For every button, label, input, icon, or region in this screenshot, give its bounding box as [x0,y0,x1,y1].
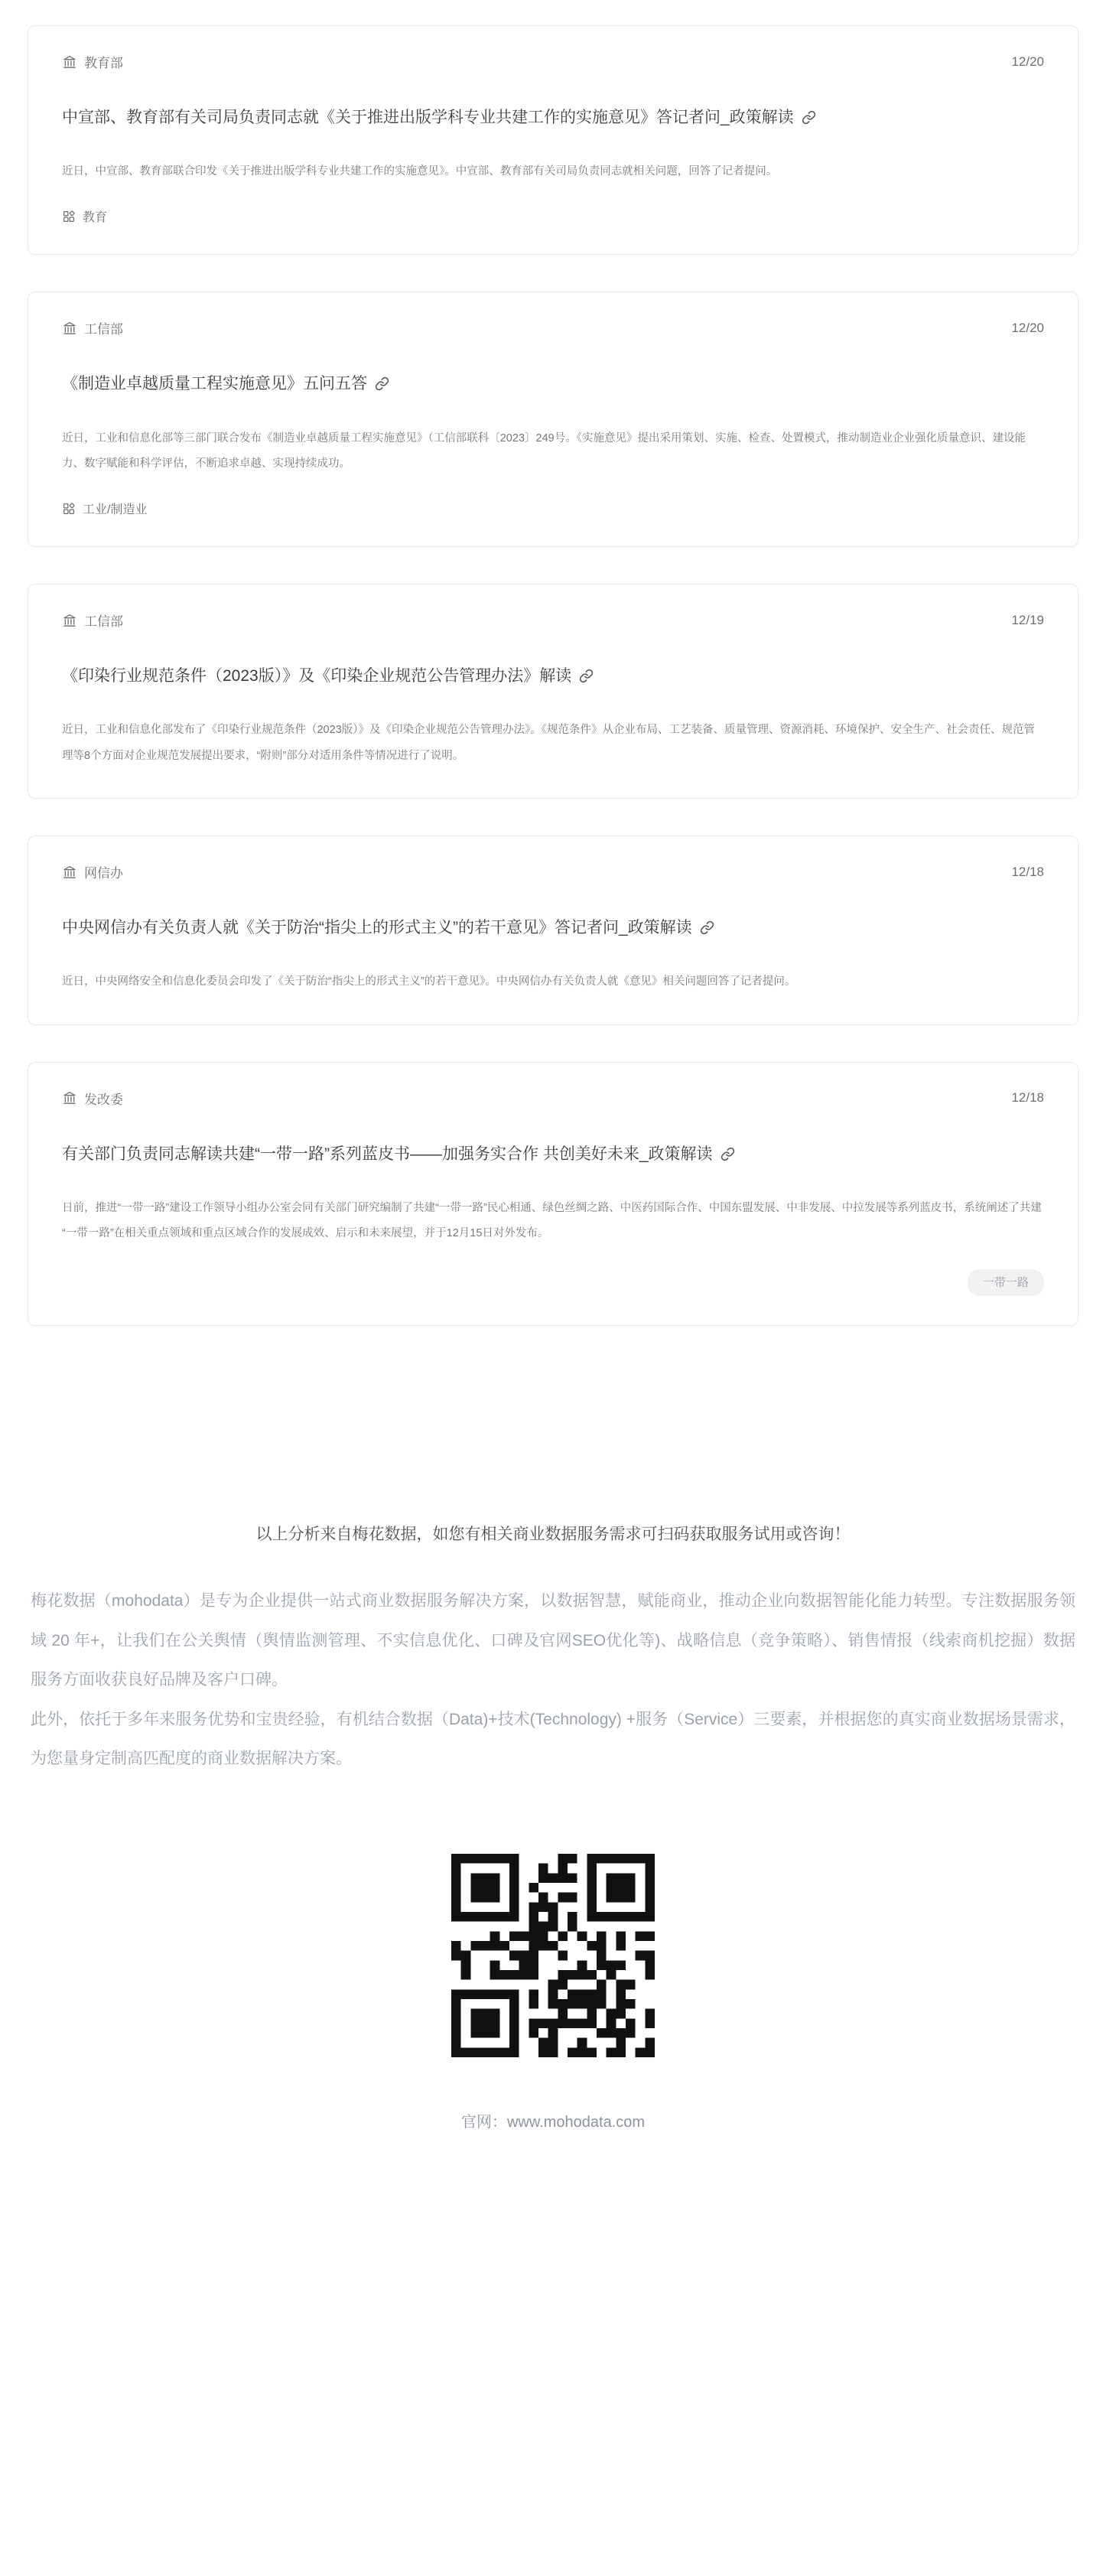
policy-feed: 教育部 12/20 中宣部、教育部有关司局负责同志就《关于推进出版学科专业共建工… [0,0,1106,1326]
card-header: 教育部 12/20 [62,52,1044,71]
category-icon [62,502,76,516]
card-header: 工信部 12/19 [62,611,1044,630]
bank-icon [62,865,77,880]
policy-card: 网信办 12/18 中央网信办有关负责人就《关于防治“指尖上的形式主义”的若干意… [28,835,1078,1024]
policy-card: 工信部 12/19 《印染行业规范条件（2023版）》及《印染企业规范公告管理办… [28,584,1078,799]
card-header: 工信部 12/20 [62,318,1044,337]
article-title-link[interactable]: 《制造业卓越质量工程实施意见》五问五答 [62,366,1044,401]
card-header: 发改委 12/18 [62,1089,1044,1108]
link-icon[interactable] [721,1147,735,1161]
bank-icon [62,613,77,628]
title-text[interactable]: 《印染行业规范条件（2023版）》及《印染企业规范公告管理办法》解读 [62,667,571,685]
card-source: 工信部 [62,318,123,337]
footer-paragraphs: 梅花数据（mohodata）是专为企业提供一站式商业数据服务解决方案，以数据智慧… [31,1581,1075,1778]
title-text[interactable]: 有关部门负责同志解读共建“一带一路”系列蓝皮书——加强务实合作 共创美好未来_政… [62,1145,713,1163]
link-icon[interactable] [579,669,594,683]
article-summary: 近日，中宣部、教育部联合印发《关于推进出版学科专业共建工作的实施意见》。中宣部、… [62,159,1044,184]
source-name: 发改委 [84,1089,123,1108]
link-icon[interactable] [802,110,816,125]
link-icon[interactable] [700,920,714,935]
policy-card: 教育部 12/20 中宣部、教育部有关司局负责同志就《关于推进出版学科专业共建工… [28,25,1078,255]
article-summary: 近日，工业和信息化部等三部门联合发布《制造业卓越质量工程实施意见》（工信部联科〔… [62,426,1044,477]
card-date: 12/20 [1011,321,1044,336]
card-source: 网信办 [62,862,123,881]
card-date: 12/20 [1011,54,1044,70]
footer-headline: 以上分析来自梅花数据，如您有相关商业数据服务需求可扫码获取服务试用或咨询！ [31,1522,1075,1545]
source-name: 教育部 [84,52,123,71]
card-header: 网信办 12/18 [62,862,1044,881]
article-title-link[interactable]: 中央网信办有关负责人就《关于防治“指尖上的形式主义”的若干意见》答记者问_政策解… [62,910,1044,945]
article-summary: 近日，中央网络安全和信息化委员会印发了《关于防治“指尖上的形式主义”的若干意见》… [62,969,1044,995]
title-text[interactable]: 《制造业卓越质量工程实施意见》五问五答 [62,375,367,392]
article-title-link[interactable]: 中宣部、教育部有关司局负责同志就《关于推进出版学科专业共建工作的实施意见》答记者… [62,100,1044,135]
pill-row: 一带一路 [62,1269,1044,1296]
official-site-text: 官网：www.mohodata.com [31,2109,1075,2131]
article-summary: 日前，推进“一带一路”建设工作领导小组办公室会同有关部门研究编制了共建“一带一路… [62,1196,1044,1247]
topic-pill[interactable]: 一带一路 [968,1269,1044,1296]
source-name: 工信部 [84,611,123,630]
category-tag-row: 工业/制造业 [62,500,1044,517]
card-date: 12/18 [1011,865,1044,880]
card-date: 12/18 [1011,1090,1044,1106]
title-text[interactable]: 中央网信办有关负责人就《关于防治“指尖上的形式主义”的若干意见》答记者问_政策解… [62,919,692,936]
title-text[interactable]: 中宣部、教育部有关司局负责同志就《关于推进出版学科专业共建工作的实施意见》答记者… [62,109,794,126]
qr-code [446,1846,660,2065]
policy-card: 发改委 12/18 有关部门负责同志解读共建“一带一路”系列蓝皮书——加强务实合… [28,1062,1078,1327]
article-title-link[interactable]: 有关部门负责同志解读共建“一带一路”系列蓝皮书——加强务实合作 共创美好未来_政… [62,1137,1044,1171]
article-summary: 近日，工业和信息化部发布了《印染行业规范条件（2023版）》及《印染企业规范公告… [62,718,1044,769]
bank-icon [62,321,77,336]
category-icon [62,210,76,223]
category-label: 工业/制造业 [83,500,147,517]
card-source: 发改委 [62,1089,123,1108]
article-title-link[interactable]: 《印染行业规范条件（2023版）》及《印染企业规范公告管理办法》解读 [62,659,1044,693]
link-icon[interactable] [375,376,389,391]
bank-icon [62,54,77,70]
source-name: 网信办 [84,862,123,881]
card-source: 教育部 [62,52,123,71]
footer-paragraph-2: 此外，依托于多年来服务优势和宝贵经验，有机结合数据（Data)+技术(Techn… [31,1700,1075,1779]
category-label: 教育 [83,207,107,225]
footer-paragraph-1: 梅花数据（mohodata）是专为企业提供一站式商业数据服务解决方案，以数据智慧… [31,1581,1075,1699]
bank-icon [62,1090,77,1106]
category-tag-row: 教育 [62,207,1044,225]
card-date: 12/19 [1011,613,1044,628]
policy-card: 工信部 12/20 《制造业卓越质量工程实施意见》五问五答 近日，工业和信息化部… [28,291,1078,547]
mohodata-footer: 以上分析来自梅花数据，如您有相关商业数据服务需求可扫码获取服务试用或咨询！ 梅花… [0,1522,1106,2131]
card-source: 工信部 [62,611,123,630]
source-name: 工信部 [84,318,123,337]
